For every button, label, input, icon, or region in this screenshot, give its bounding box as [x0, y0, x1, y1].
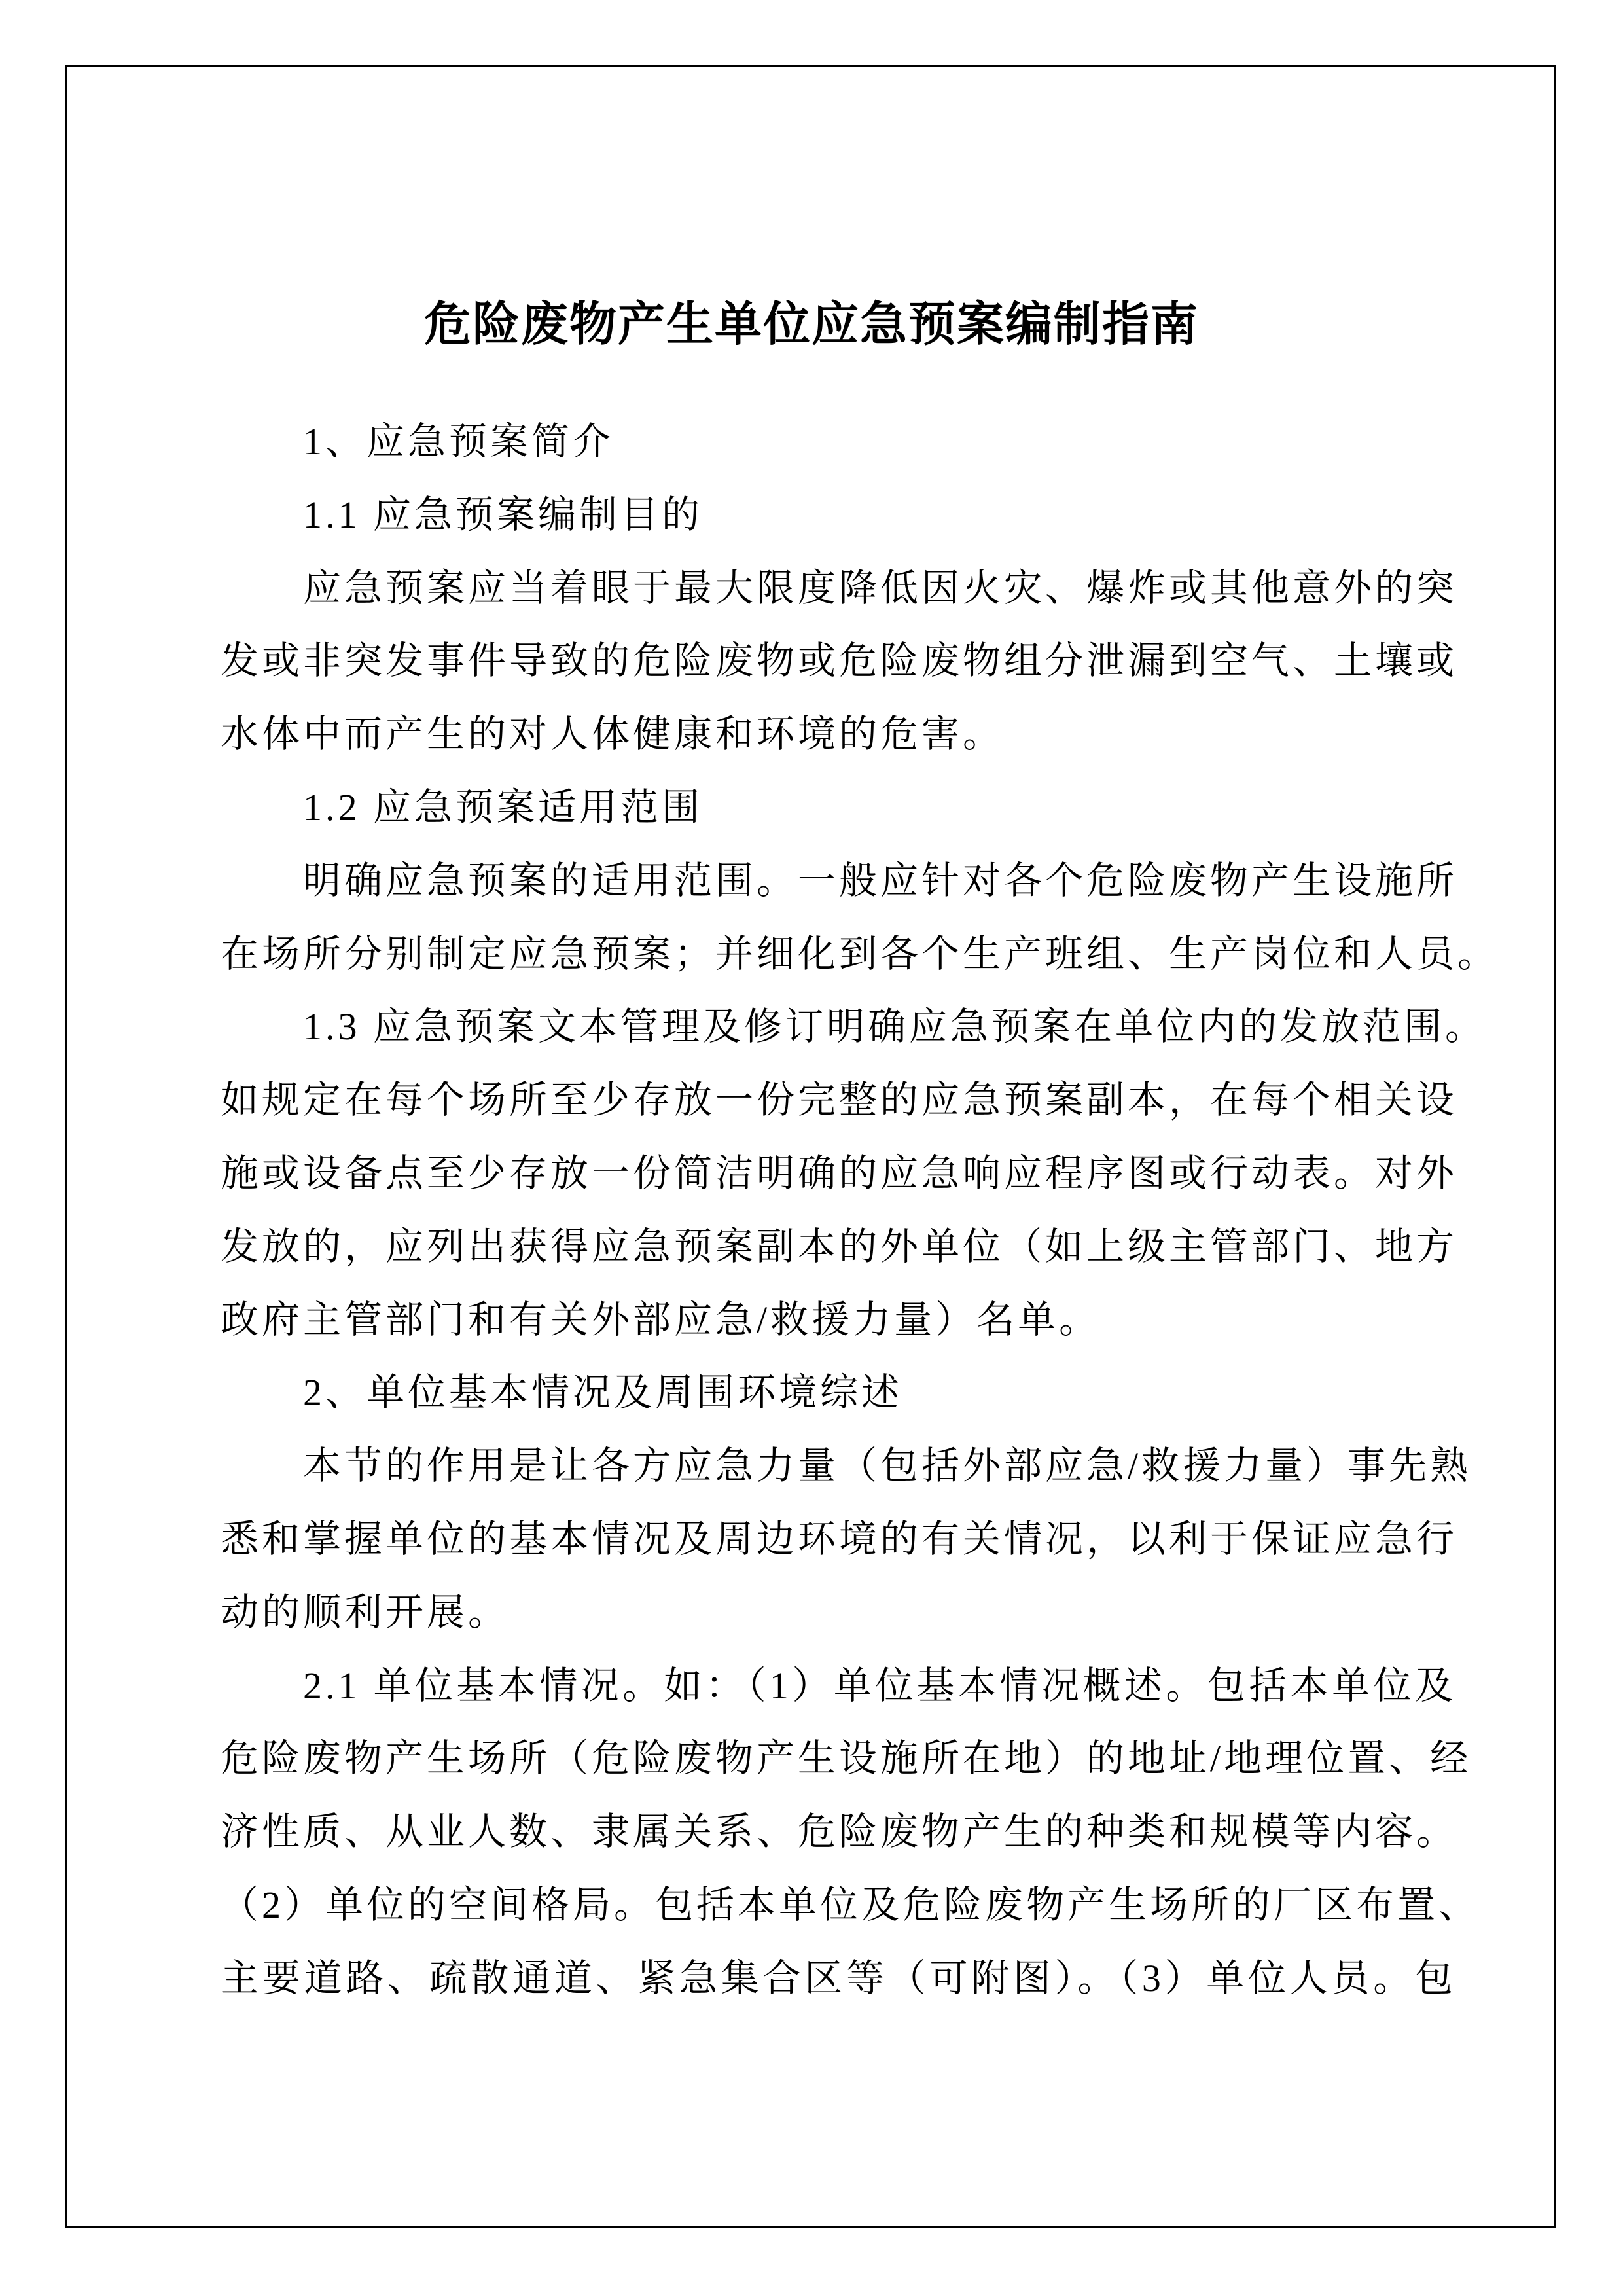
text-line: 政府主管部门和有关外部应急/救援力量）名单。: [221, 1283, 1456, 1357]
text-line: 1.1 应急预案编制目的: [221, 478, 1456, 552]
text-line: 施或设备点至少存放一份简洁明确的应急响应程序图或行动表。对外: [221, 1137, 1456, 1210]
text-line: 1.3 应急预案文本管理及修订明确应急预案在单位内的发放范围。: [221, 990, 1456, 1064]
text-line: 悉和掌握单位的基本情况及周边环境的有关情况，以利于保证应急行: [221, 1503, 1456, 1576]
text-line: 明确应急预案的适用范围。一般应针对各个危险废物产生设施所: [221, 844, 1456, 918]
text-line: 济性质、从业人数、隶属关系、危险废物产生的种类和规模等内容。: [221, 1795, 1456, 1869]
text-line: 1.2 应急预案适用范围: [221, 771, 1456, 844]
text-line: 应急预案应当着眼于最大限度降低因火灾、爆炸或其他意外的突: [221, 552, 1456, 625]
text-line: 主要道路、疏散通道、紧急集合区等（可附图）。（3）单位人员。包: [221, 1942, 1456, 2015]
text-line: （2）单位的空间格局。包括本单位及危险废物产生场所的厂区布置、: [221, 1869, 1456, 1942]
text-line: 如规定在每个场所至少存放一份完整的应急预案副本，在每个相关设: [221, 1064, 1456, 1137]
text-line: 水体中而产生的对人体健康和环境的危害。: [221, 698, 1456, 771]
document-page: 危险废物产生单位应急预案编制指南 1、应急预案简介1.1 应急预案编制目的应急预…: [0, 0, 1623, 2296]
text-line: 在场所分别制定应急预案；并细化到各个生产班组、生产岗位和人员。: [221, 918, 1456, 991]
text-line: 发放的，应列出获得应急预案副本的外单位（如上级主管部门、地方: [221, 1210, 1456, 1283]
text-line: 危险废物产生场所（危险废物产生设施所在地）的地址/地理位置、经: [221, 1722, 1456, 1795]
text-line: 2、单位基本情况及周围环境综述: [221, 1356, 1456, 1429]
document-title: 危险废物产生单位应急预案编制指南: [0, 280, 1623, 369]
text-line: 2.1 单位基本情况。如：（1）单位基本情况概述。包括本单位及: [221, 1649, 1456, 1723]
text-line: 动的顺利开展。: [221, 1576, 1456, 1649]
text-line: 本节的作用是让各方应急力量（包括外部应急/救援力量）事先熟: [221, 1429, 1456, 1503]
document-body: 1、应急预案简介1.1 应急预案编制目的应急预案应当着眼于最大限度降低因火灾、爆…: [221, 405, 1456, 2015]
text-line: 发或非突发事件导致的危险废物或危险废物组分泄漏到空气、土壤或: [221, 624, 1456, 698]
text-line: 1、应急预案简介: [221, 405, 1456, 478]
